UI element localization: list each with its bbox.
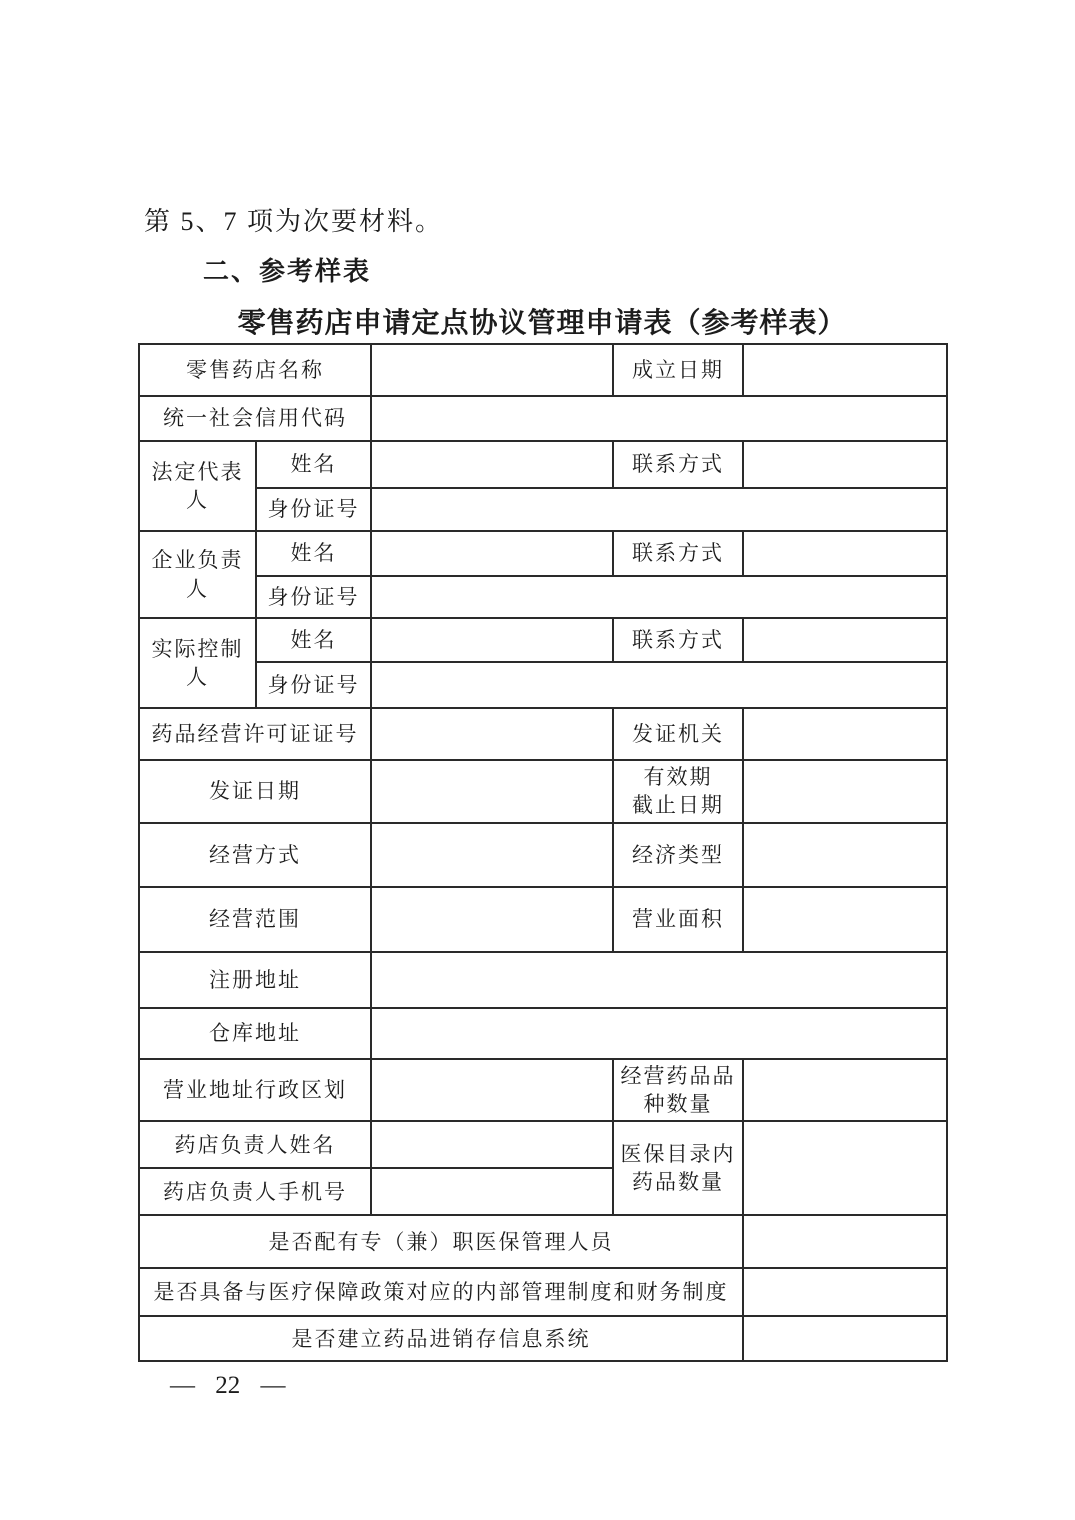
cell-label-business-scope: 经营范围 (139, 887, 371, 952)
table-row: 发证日期 有效期 截止日期 (139, 760, 947, 823)
table-row: 实际控制人 姓名 联系方式 (139, 618, 947, 662)
table-row: 企业负责人 姓名 联系方式 (139, 531, 947, 576)
cell-value-staff-question (743, 1215, 947, 1268)
cell-label-store-name: 零售药店名称 (139, 344, 371, 396)
cell-value-legal-rep-id (371, 488, 947, 531)
cell-value-business-lead-contact (743, 531, 947, 576)
cell-label-warehouse-address: 仓库地址 (139, 1008, 371, 1059)
table-row: 身份证号 (139, 488, 947, 531)
cell-value-issuer (743, 708, 947, 760)
cell-label-manager-phone: 药店负责人手机号 (139, 1168, 371, 1215)
cell-value-business-area (743, 887, 947, 952)
cell-value-license-no (371, 708, 613, 760)
table-row: 药店负责人姓名 医保目录内 药品数量 (139, 1121, 947, 1168)
application-form-table: 零售药店名称 成立日期 统一社会信用代码 法定代表人 姓名 联系方式 身份证号 (138, 343, 948, 1362)
cell-value-issue-date (371, 760, 613, 823)
cell-label-drug-variety-count: 经营药品品 种数量 (613, 1059, 743, 1122)
section-heading: 二、参考样表 (203, 251, 371, 288)
cell-value-credit-code (371, 396, 947, 441)
page-number: — 22 — (170, 1372, 286, 1400)
cell-value-system-question (743, 1316, 947, 1361)
table-row: 注册地址 (139, 952, 947, 1008)
cell-label-business-lead-contact: 联系方式 (613, 531, 743, 576)
cell-value-business-lead-id (371, 576, 947, 618)
cell-value-warehouse-address (371, 1008, 947, 1059)
cell-label-establish-date: 成立日期 (613, 344, 743, 396)
cell-label-policy-question: 是否具备与医疗保障政策对应的内部管理制度和财务制度 (139, 1268, 743, 1316)
cell-label-issue-date: 发证日期 (139, 760, 371, 823)
cell-value-actual-controller-contact (743, 618, 947, 662)
table-row: 经营范围 营业面积 (139, 887, 947, 952)
cell-label-business-lead-name: 姓名 (256, 531, 371, 576)
cell-value-business-mode (371, 823, 613, 887)
cell-value-catalog-drug-count (743, 1121, 947, 1215)
cell-label-actual-controller: 实际控制人 (139, 618, 256, 708)
cell-value-policy-question (743, 1268, 947, 1316)
cell-label-business-lead: 企业负责人 (139, 531, 256, 618)
cell-value-establish-date (743, 344, 947, 396)
table-row: 是否建立药品进销存信息系统 (139, 1316, 947, 1361)
cell-value-store-name (371, 344, 613, 396)
cell-value-business-scope (371, 887, 613, 952)
table-row: 零售药店名称 成立日期 (139, 344, 947, 396)
cell-value-actual-controller-name (371, 618, 613, 662)
table-row: 是否配有专（兼）职医保管理人员 (139, 1215, 947, 1268)
cell-label-admin-division: 营业地址行政区划 (139, 1059, 371, 1122)
cell-label-registered-address: 注册地址 (139, 952, 371, 1008)
table-row: 仓库地址 (139, 1008, 947, 1059)
cell-label-business-mode: 经营方式 (139, 823, 371, 887)
table-row: 身份证号 (139, 662, 947, 708)
cell-label-actual-controller-id: 身份证号 (256, 662, 371, 708)
intro-text: 第 5、7 项为次要材料。 (144, 201, 443, 238)
table-row: 法定代表人 姓名 联系方式 (139, 441, 947, 488)
cell-value-expiry-date (743, 760, 947, 823)
cell-label-issuer: 发证机关 (613, 708, 743, 760)
cell-label-business-lead-id: 身份证号 (256, 576, 371, 618)
cell-label-staff-question: 是否配有专（兼）职医保管理人员 (139, 1215, 743, 1268)
table-row: 是否具备与医疗保障政策对应的内部管理制度和财务制度 (139, 1268, 947, 1316)
table-row: 经营方式 经济类型 (139, 823, 947, 887)
cell-label-actual-controller-contact: 联系方式 (613, 618, 743, 662)
cell-label-economic-type: 经济类型 (613, 823, 743, 887)
cell-value-manager-name (371, 1121, 613, 1168)
cell-label-legal-rep-contact: 联系方式 (613, 441, 743, 488)
cell-value-registered-address (371, 952, 947, 1008)
cell-label-catalog-drug-count: 医保目录内 药品数量 (613, 1121, 743, 1215)
cell-value-admin-division (371, 1059, 613, 1122)
table-row: 身份证号 (139, 576, 947, 618)
cell-value-drug-variety-count (743, 1059, 947, 1122)
cell-label-manager-name: 药店负责人姓名 (139, 1121, 371, 1168)
cell-label-legal-rep-name: 姓名 (256, 441, 371, 488)
cell-label-system-question: 是否建立药品进销存信息系统 (139, 1316, 743, 1361)
cell-label-license-no: 药品经营许可证证号 (139, 708, 371, 760)
cell-value-actual-controller-id (371, 662, 947, 708)
cell-value-legal-rep-name (371, 441, 613, 488)
cell-label-expiry-date: 有效期 截止日期 (613, 760, 743, 823)
cell-value-legal-rep-contact (743, 441, 947, 488)
table-row: 统一社会信用代码 (139, 396, 947, 441)
cell-value-business-lead-name (371, 531, 613, 576)
document-page: 第 5、7 项为次要材料。 二、参考样表 零售药店申请定点协议管理申请表（参考样… (0, 0, 1075, 1520)
cell-label-business-area: 营业面积 (613, 887, 743, 952)
table-row: 药品经营许可证证号 发证机关 (139, 708, 947, 760)
cell-value-economic-type (743, 823, 947, 887)
cell-label-legal-rep: 法定代表人 (139, 441, 256, 531)
cell-label-credit-code: 统一社会信用代码 (139, 396, 371, 441)
form-title: 零售药店申请定点协议管理申请表（参考样表） (138, 301, 946, 341)
cell-value-manager-phone (371, 1168, 613, 1215)
cell-label-legal-rep-id: 身份证号 (256, 488, 371, 531)
table-row: 营业地址行政区划 经营药品品 种数量 (139, 1059, 947, 1122)
cell-label-actual-controller-name: 姓名 (256, 618, 371, 662)
